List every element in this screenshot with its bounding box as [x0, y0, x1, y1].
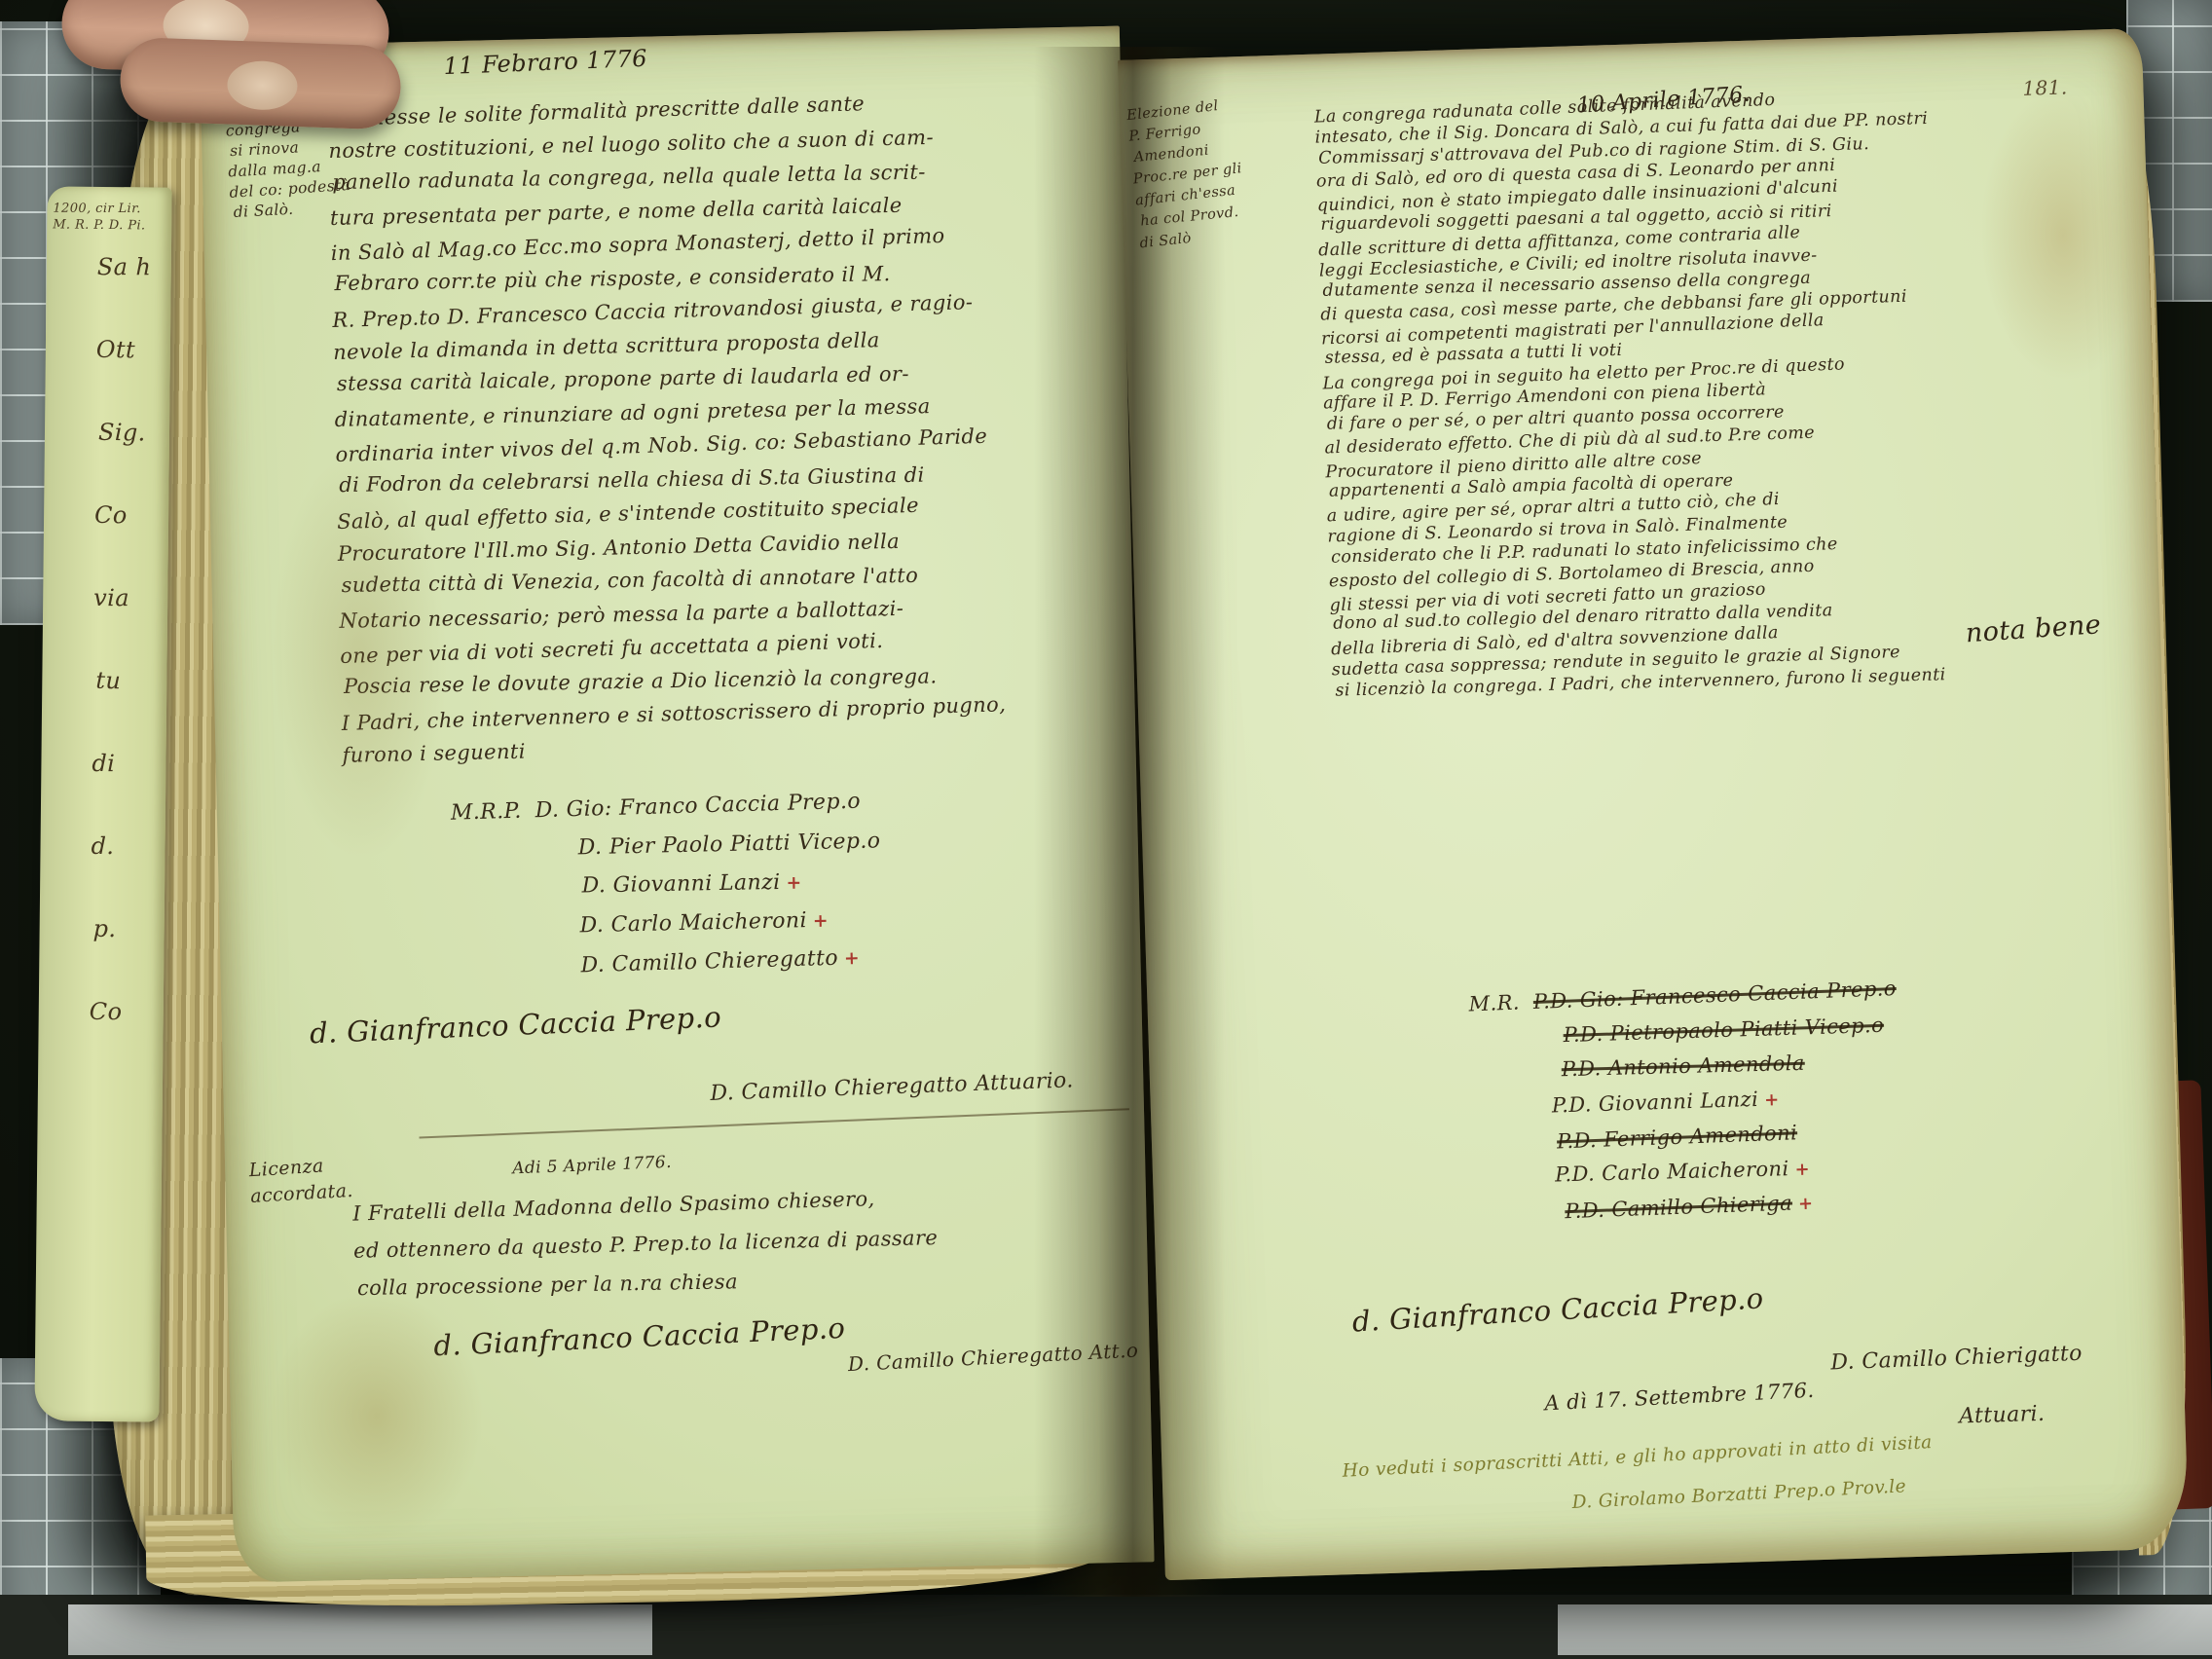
- archive-photo-of-manuscript: 1200, cir Lir. M. R. P. D. Pi. Sa h Ott …: [0, 0, 2212, 1659]
- red-cross-mark: [1803, 1124, 1804, 1144]
- visitation-note-signature: D. Girolamo Borzatti Prep.o Prov.le: [1571, 1476, 1906, 1513]
- attendee-name: D. Pier Paolo Piatti Vicep.o: [577, 829, 880, 860]
- left-page: 11 Febraro 1776 Atto di congrega si rino…: [200, 26, 1155, 1583]
- left-second-entry-date: Adi 5 Aprile 1776.: [512, 1153, 672, 1179]
- attendee-name: P.D. Pietropaolo Piatti Vicep.o: [1563, 1014, 1884, 1047]
- left-attendees-list: M.R.P.D. Gio: Franco Caccia Prep.o D. Pi…: [450, 783, 889, 987]
- visitation-date-note: A dì 17. Settembre 1776.: [1544, 1379, 1815, 1416]
- attendee-name: P.D. Carlo Maicheroni: [1555, 1157, 1789, 1186]
- old-page-fragment: Sig.: [97, 391, 153, 475]
- right-attestation-actuary: D. Camillo Chierigatto Attuari.: [1829, 1326, 2084, 1451]
- attendee-name: P.D. Giovanni Lanzi: [1552, 1088, 1759, 1118]
- entry-divider-line: [419, 1108, 1128, 1138]
- old-page-fragment: d.: [91, 805, 145, 889]
- old-page-letter-fragments: Sa h Ott Sig. Co via tu di d. p. Co: [89, 226, 151, 1054]
- right-body-text: La congrega radunata colle solite formal…: [1314, 86, 1946, 704]
- right-margin-note: Elezione del P. Ferrigo Amendoni Proc.re…: [1125, 94, 1249, 255]
- old-page-fragment: 1200, cir Lir.: [53, 201, 145, 217]
- table-edge-light: [68, 1604, 652, 1655]
- left-second-entry-attestation: D. Camillo Chieregatto Att.o: [847, 1339, 1138, 1377]
- red-cross-mark: [1811, 1054, 1812, 1075]
- attendee-name: D. Camillo Chieregatto: [580, 946, 838, 978]
- left-second-entry-body: I Fratelli della Madonna dello Spasimo c…: [352, 1179, 940, 1309]
- attendee-name: D. Giovanni Lanzi: [581, 870, 780, 899]
- attendee-prefix: M.R.: [1468, 991, 1520, 1016]
- right-attendees-list: M.R.P.D. Gio: Francesco Caccia Prep.o P.…: [1468, 973, 1909, 1232]
- attendee-name: P.D. Ferrigo Amendoni: [1557, 1121, 1798, 1153]
- red-cross-mark: +: [844, 947, 861, 969]
- old-page-fragment: di: [92, 722, 146, 805]
- attendee-name: D. Carlo Maicheroni: [579, 908, 807, 938]
- old-page-fragment: Co: [94, 474, 149, 558]
- attendee-row: D. Camillo Chieregatto+: [580, 938, 890, 985]
- attendee-name: P.D. Gio: Francesco Caccia Prep.o: [1532, 977, 1897, 1014]
- red-cross-mark: [1901, 979, 1902, 1000]
- left-heading-date: 11 Febraro 1776: [443, 45, 647, 80]
- foxing-stain: [267, 1287, 487, 1545]
- hand-holding-pages: [24, 0, 459, 166]
- attendee-prefix: M.R.P.: [451, 799, 523, 826]
- left-margin-note-licenza: Licenza accordata.: [248, 1152, 354, 1210]
- old-page-fragment: p.: [92, 888, 148, 972]
- attendee-row: D. Giovanni Lanzi+: [581, 862, 890, 906]
- old-page-fragment: Ott: [95, 309, 150, 392]
- old-page-fragment: tu: [95, 640, 151, 723]
- attendee-name: P.D. Camillo Chieriga: [1565, 1191, 1793, 1223]
- nota-bene-annotation: nota bene: [1965, 609, 2102, 648]
- left-body-text: Premesse le solite formalità prescritte …: [327, 86, 1007, 772]
- red-cross-mark: +: [1798, 1194, 1814, 1215]
- left-attestation-actuary: D. Camillo Chieregatto Attuario.: [710, 1068, 1074, 1106]
- red-cross-mark: [866, 791, 867, 812]
- attendee-row: D. Pier Paolo Piatti Vicep.o: [577, 822, 887, 867]
- attestation-line: D. Camillo Chierigatto: [1829, 1325, 2083, 1393]
- attendee-name: P.D. Antonio Amendola: [1561, 1051, 1805, 1082]
- old-page-fragment: via: [93, 557, 148, 640]
- red-cross-mark: [1890, 1016, 1891, 1037]
- table-edge-light: [1558, 1604, 2212, 1655]
- attendee-name: D. Gio: Franco Caccia Prep.o: [535, 790, 861, 824]
- red-cross-mark: +: [813, 910, 829, 932]
- red-cross-mark: +: [1794, 1160, 1810, 1180]
- left-second-entry-signature: d. Gianfranco Caccia Prep.o: [433, 1311, 846, 1362]
- old-page-fragment: Sa h: [97, 226, 152, 309]
- visitation-note: Ho veduti i soprascritti Atti, e gli ho …: [1342, 1432, 1933, 1482]
- foxing-stain: [1975, 87, 2150, 384]
- red-cross-mark: +: [786, 872, 801, 894]
- page-number: 181.: [2022, 75, 2068, 99]
- right-signature-prepositus: d. Gianfranco Caccia Prep.o: [1351, 1281, 1764, 1338]
- attestation-line: Attuari.: [1958, 1384, 2084, 1447]
- right-page: 10 Aprile 1776. 181. Elezione del P. Fer…: [1118, 28, 2190, 1580]
- red-cross-mark: +: [1764, 1089, 1780, 1110]
- protruding-older-page: 1200, cir Lir. M. R. P. D. Pi. Sa h Ott …: [34, 186, 171, 1421]
- left-signature-prepositus: d. Gianfranco Caccia Prep.o: [309, 1000, 721, 1050]
- old-page-fragment: Co: [89, 971, 143, 1054]
